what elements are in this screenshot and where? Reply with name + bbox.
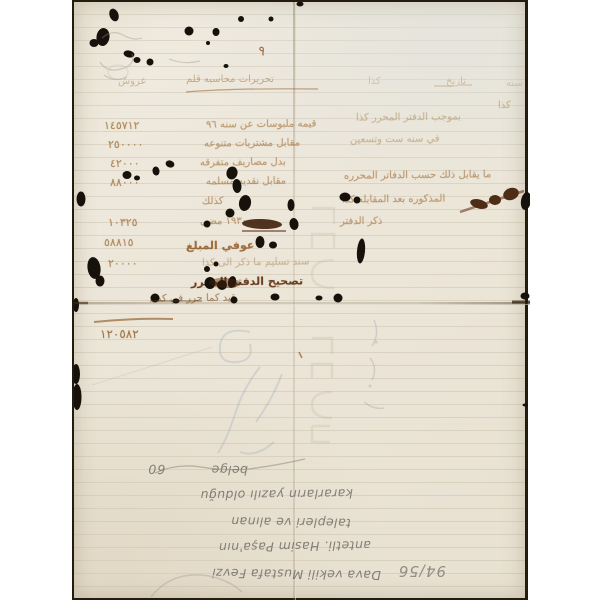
watermark-letters: [312, 208, 334, 442]
manuscript-paper: غروش تحريرات محاسبه قلم كذا تاريخ سنه ٩ …: [72, 0, 528, 600]
brown-smudges: [74, 85, 530, 358]
ink-blots-layer: [74, 2, 530, 600]
pencil-scribbles: [100, 33, 200, 80]
show-through-purple: [364, 320, 384, 408]
pencil-flourish: [92, 347, 305, 597]
show-through-flourish: [218, 331, 282, 454]
scanned-document-photo: غروش تحريرات محاسبه قلم كذا تاريخ سنه ٩ …: [0, 0, 600, 600]
